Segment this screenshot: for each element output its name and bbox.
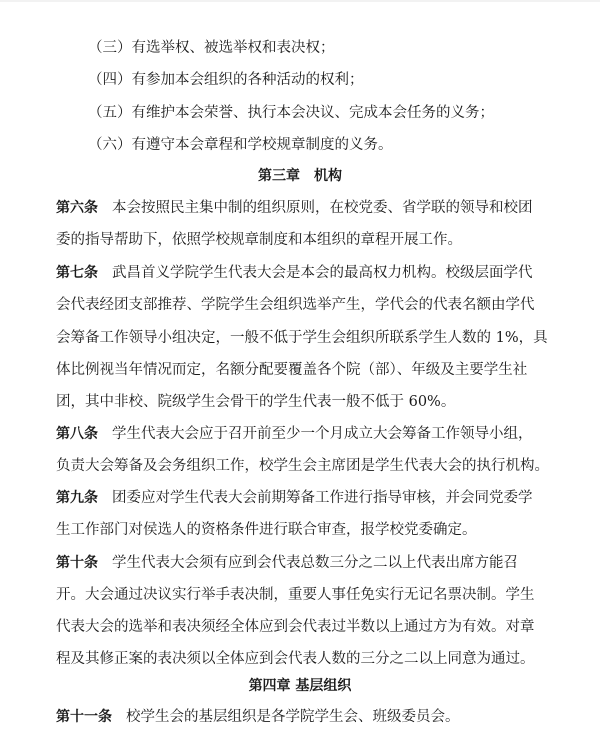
article-6-label: 第六条 (56, 200, 98, 216)
article-10-line-3: 代表大会的选举和表决须经全体应到会代表过半数以上通过方为有效。对章 (56, 617, 535, 637)
rights-item-4: （四）有参加本会组织的各种活动的权利； (88, 70, 364, 90)
chapter-3-heading: 第三章 机构 (0, 166, 600, 186)
article-6-line-1: 第六条本会按照民主集中制的组织原则，在校党委、省学联的领导和校团 (56, 198, 533, 218)
article-7-line-5: 团，其中非校、院级学生会骨干的学生代表一般不低于 60%。 (56, 392, 455, 412)
article-8-label: 第八条 (56, 426, 98, 442)
article-11-text: 校学生会的基层组织是各学院学生会、班级委员会。 (126, 709, 460, 725)
article-9-text: 团委应对学生代表大会前期筹备工作进行指导审核，并会同党委学 (112, 490, 533, 506)
article-11-label: 第十一条 (56, 709, 112, 725)
rights-item-6: （六）有遵守本会章程和学校规章制度的义务。 (88, 135, 393, 155)
article-10-line-2: 开。大会通过决议实行举手表决制，重要人事任免实行无记名票决制。学生 (56, 585, 535, 605)
article-8-line-1: 第八条学生代表大会应于召开前至少一个月成立大会筹备工作领导小组， (56, 424, 533, 444)
article-7-line-4: 体比例视当年情况而定，名额分配要覆盖各个院（部）、年级及主要学生社 (56, 360, 527, 380)
article-7-line-2: 会代表经团支部推荐、学院学生会组织选举产生，学代会的代表名额由学代 (56, 295, 535, 315)
article-9-label: 第九条 (56, 490, 98, 506)
rights-item-3: （三）有选举权、被选举权和表决权； (88, 38, 335, 58)
article-9-line-2: 生工作部门对侯选人的资格条件进行联合审查，报学校党委确定。 (56, 520, 477, 540)
page-top-edge (0, 0, 600, 2)
article-8-text: 学生代表大会应于召开前至少一个月成立大会筹备工作领导小组， (112, 426, 533, 442)
rights-item-5: （五）有维护本会荣誉、执行本会决议、完成本会任务的义务； (88, 103, 494, 123)
article-10-label: 第十条 (56, 555, 98, 571)
article-7-label: 第七条 (56, 265, 98, 281)
article-7-text: 武昌首义学院学生代表大会是本会的最高权力机构。校级层面学代 (112, 265, 533, 281)
article-6-line-2: 委的指导帮助下，依照学校规章制度和本组织的章程开展工作。 (56, 230, 462, 250)
article-6-text: 本会按照民主集中制的组织原则，在校党委、省学联的领导和校团 (112, 200, 533, 216)
article-9-line-1: 第九条团委应对学生代表大会前期筹备工作进行指导审核，并会同党委学 (56, 488, 533, 508)
article-10-line-4: 程及其修正案的表决须以全体应到会代表人数的三分之二以上同意为通过。 (56, 649, 535, 669)
article-8-line-2: 负责大会筹备及会务组织工作，校学生会主席团是学生代表大会的执行机构。 (56, 456, 549, 476)
article-10-line-1: 第十条学生代表大会须有应到会代表总数三分之二以上代表出席方能召 (56, 553, 518, 573)
article-10-text: 学生代表大会须有应到会代表总数三分之二以上代表出席方能召 (112, 555, 518, 571)
article-7-line-3: 会筹备工作领导小组决定，一般不低于学生会组织所联系学生人数的 1%，具 (56, 328, 548, 348)
chapter-4-heading: 第四章 基层组织 (0, 676, 600, 696)
article-7-line-1: 第七条武昌首义学院学生代表大会是本会的最高权力机构。校级层面学代 (56, 263, 533, 283)
article-11-line-1: 第十一条校学生会的基层组织是各学院学生会、班级委员会。 (56, 707, 460, 727)
